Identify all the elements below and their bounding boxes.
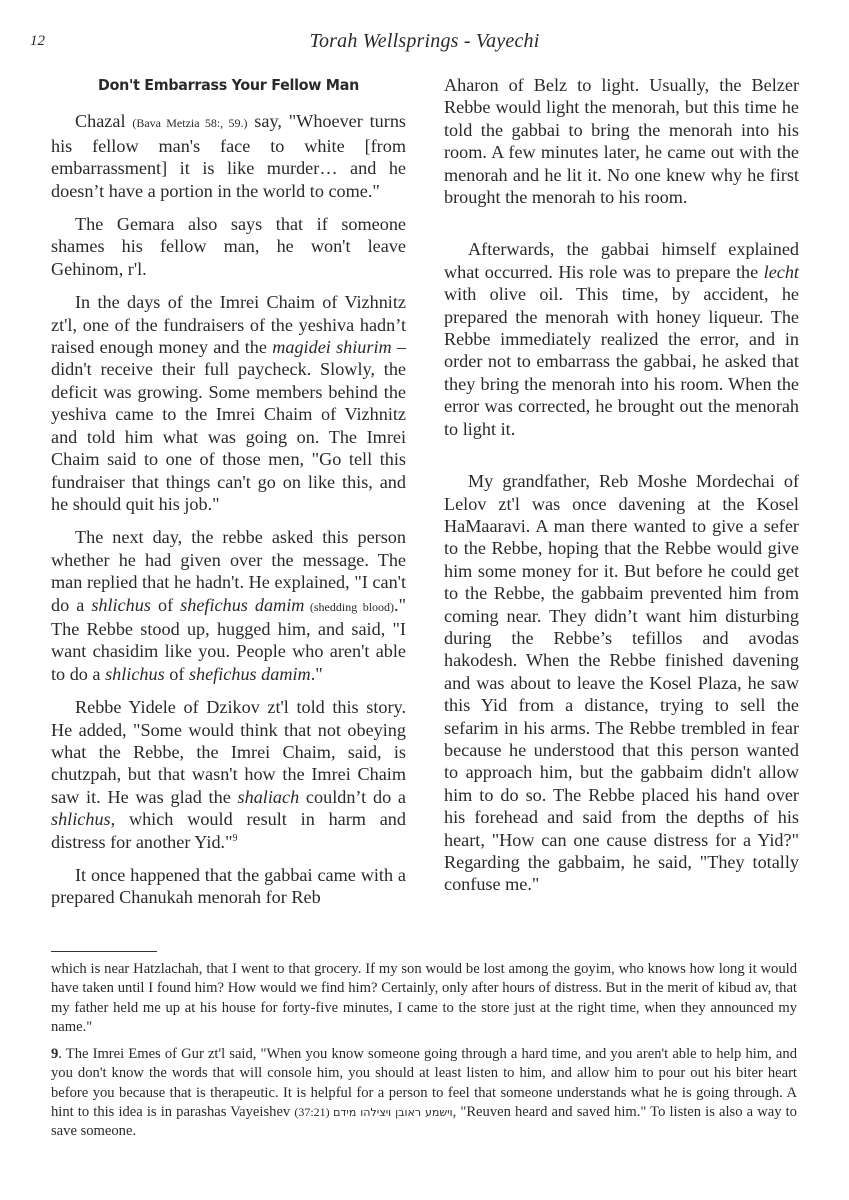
paragraph: Aharon of Belz to light. Usually, the Be… (444, 74, 799, 208)
footnote-9: 9. The Imrei Emes of Gur zt'l said, "Whe… (51, 1045, 797, 1141)
text: couldn’t do a (299, 787, 406, 807)
right-column: Aharon of Belz to light. Usually, the Be… (444, 74, 799, 907)
paragraph: Afterwards, the gabbai himself explained… (444, 238, 799, 440)
gloss: (shedding blood) (304, 600, 394, 614)
running-title: Torah Wellsprings - Vayechi (0, 30, 849, 53)
footnote-ref[interactable]: 9 (233, 833, 238, 844)
left-column: Don't Embarrass Your Fellow Man Chazal (… (51, 74, 406, 920)
text: Afterwards, the gabbai himself explained… (444, 239, 799, 281)
footnote-continued: which is near Hatzlachah, that I went to… (51, 960, 797, 1037)
text: Chazal (75, 111, 132, 131)
paragraph: Chazal (Bava Metzia 58:, 59.) say, "Whoe… (51, 110, 406, 202)
paragraph: It once happened that the gabbai came wi… (51, 864, 406, 909)
italic-term: shlichus (91, 595, 151, 615)
paragraph: In the days of the Imrei Chaim of Vizhni… (51, 291, 406, 515)
text: – didn't receive their full paycheck. Sl… (51, 337, 406, 514)
section-heading: Don't Embarrass Your Fellow Man (65, 74, 392, 96)
hebrew-quote: וישמע ראובן ויצילהו מידם (333, 1106, 453, 1119)
italic-term: shefichus damim (180, 595, 304, 615)
italic-term: lecht (764, 262, 799, 282)
footnotes: which is near Hatzlachah, that I went to… (51, 960, 797, 1150)
citation: (Bava Metzia 58:, 59.) (132, 116, 247, 130)
text: with olive oil. This time, by accident, … (444, 284, 799, 438)
text: of (151, 595, 180, 615)
paragraph: The Gemara also says that if someone sha… (51, 213, 406, 280)
footnote-divider (51, 951, 157, 952)
italic-term: shefichus damim (189, 664, 311, 684)
italic-term: shaliach (238, 787, 300, 807)
paragraph: The next day, the rebbe asked this perso… (51, 526, 406, 685)
text: ." (311, 664, 323, 684)
citation: (37:21) (294, 1105, 333, 1119)
paragraph: Rebbe Yidele of Dzikov zt'l told this st… (51, 696, 406, 853)
paragraph: My grandfather, Reb Moshe Mordechai of L… (444, 470, 799, 896)
italic-term: shlichus (105, 664, 165, 684)
italic-term: shlichus (51, 809, 111, 829)
text: of (165, 664, 189, 684)
italic-term: magidei shiurim (272, 337, 391, 357)
